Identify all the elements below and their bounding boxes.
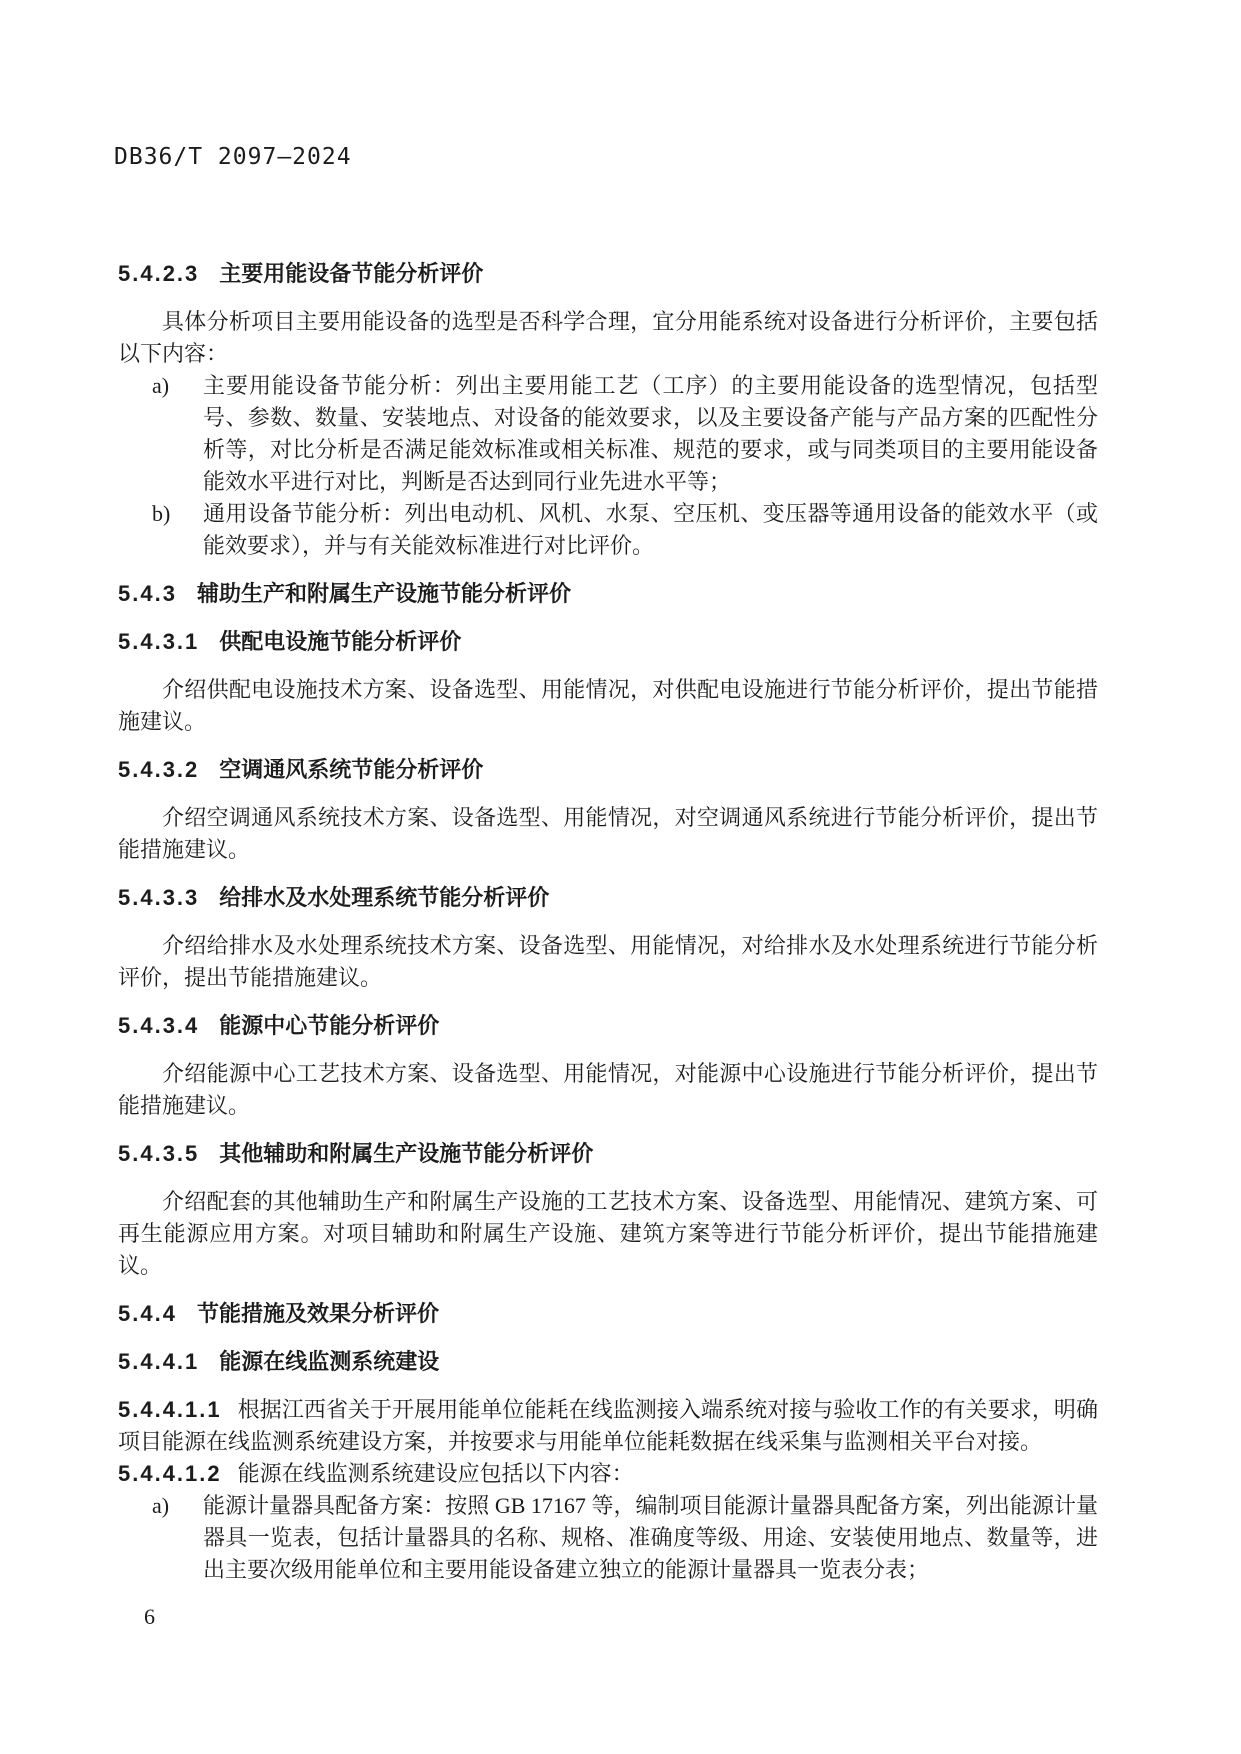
section-title: 辅助生产和附属生产设施节能分析评价	[197, 581, 571, 606]
section-number: 5.4.2.3	[118, 261, 199, 286]
paragraph: 介绍供配电设施技术方案、设备选型、用能情况，对供配电设施进行节能分析评价，提出节…	[118, 674, 1098, 738]
section-title: 能源在线监测系统建设	[219, 1349, 439, 1374]
section-title: 空调通风系统节能分析评价	[219, 757, 483, 782]
section-number: 5.4.4.1	[118, 1349, 199, 1374]
section-number: 5.4.3.5	[118, 1141, 199, 1166]
section-number: 5.4.4	[118, 1301, 177, 1326]
list-item-marker: b)	[152, 498, 203, 530]
page-number: 6	[144, 1604, 155, 1630]
paragraph: 介绍空调通风系统技术方案、设备选型、用能情况，对空调通风系统进行节能分析评价，提…	[118, 802, 1098, 866]
clause-number: 5.4.4.1.2	[118, 1461, 222, 1486]
list-item: a)能源计量器具配备方案：按照 GB 17167 等，编制项目能源计量器具配备方…	[118, 1490, 1098, 1586]
section-number: 5.4.3.4	[118, 1013, 199, 1038]
list-item-text: 主要用能设备节能分析：列出主要用能工艺（工序）的主要用能设备的选型情况，包括型号…	[203, 370, 1098, 498]
section-title: 供配电设施节能分析评价	[219, 629, 461, 654]
section-heading: 5.4.4节能措施及效果分析评价	[118, 1298, 1098, 1330]
section-heading: 5.4.4.1能源在线监测系统建设	[118, 1346, 1098, 1378]
section-heading: 5.4.3.4能源中心节能分析评价	[118, 1010, 1098, 1042]
section-heading: 5.4.3.2空调通风系统节能分析评价	[118, 754, 1098, 786]
list-item-text: 通用设备节能分析：列出电动机、风机、水泵、空压机、变压器等通用设备的能效水平（或…	[203, 498, 1098, 562]
section-number: 5.4.3.3	[118, 885, 199, 910]
list-item-marker: a)	[152, 370, 203, 402]
clause-paragraph: 5.4.4.1.2能源在线监测系统建设应包括以下内容：	[118, 1458, 1098, 1490]
section-number: 5.4.3.1	[118, 629, 199, 654]
section-heading: 5.4.2.3主要用能设备节能分析评价	[118, 258, 1098, 290]
paragraph: 具体分析项目主要用能设备的选型是否科学合理，宜分用能系统对设备进行分析评价，主要…	[118, 306, 1098, 370]
section-title: 主要用能设备节能分析评价	[219, 261, 483, 286]
section-title: 节能措施及效果分析评价	[197, 1301, 439, 1326]
clause-paragraph: 5.4.4.1.1根据江西省关于开展用能单位能耗在线监测接入端系统对接与验收工作…	[118, 1394, 1098, 1458]
section-number: 5.4.3.2	[118, 757, 199, 782]
section-title: 能源中心节能分析评价	[219, 1013, 439, 1038]
clause-text: 根据江西省关于开展用能单位能耗在线监测接入端系统对接与验收工作的有关要求，明确项…	[118, 1397, 1098, 1454]
section-title: 给排水及水处理系统节能分析评价	[219, 885, 549, 910]
paragraph: 介绍能源中心工艺技术方案、设备选型、用能情况，对能源中心设施进行节能分析评价，提…	[118, 1058, 1098, 1122]
list-item-text: 能源计量器具配备方案：按照 GB 17167 等，编制项目能源计量器具配备方案，…	[203, 1490, 1098, 1586]
section-heading: 5.4.3.5其他辅助和附属生产设施节能分析评价	[118, 1138, 1098, 1170]
section-heading: 5.4.3.1供配电设施节能分析评价	[118, 626, 1098, 658]
document-page: DB36/T 2097—2024 5.4.2.3主要用能设备节能分析评价具体分析…	[0, 0, 1241, 1754]
clause-text: 能源在线监测系统建设应包括以下内容：	[238, 1461, 634, 1486]
paragraph: 介绍给排水及水处理系统技术方案、设备选型、用能情况，对给排水及水处理系统进行节能…	[118, 930, 1098, 994]
paragraph: 介绍配套的其他辅助生产和附属生产设施的工艺技术方案、设备选型、用能情况、建筑方案…	[118, 1186, 1098, 1282]
section-heading: 5.4.3辅助生产和附属生产设施节能分析评价	[118, 578, 1098, 610]
section-heading: 5.4.3.3给排水及水处理系统节能分析评价	[118, 882, 1098, 914]
section-number: 5.4.3	[118, 581, 177, 606]
list-item: b)通用设备节能分析：列出电动机、风机、水泵、空压机、变压器等通用设备的能效水平…	[118, 498, 1098, 562]
section-title: 其他辅助和附属生产设施节能分析评价	[219, 1141, 593, 1166]
clause-number: 5.4.4.1.1	[118, 1397, 222, 1422]
list-item: a)主要用能设备节能分析：列出主要用能工艺（工序）的主要用能设备的选型情况，包括…	[118, 370, 1098, 498]
document-content: 5.4.2.3主要用能设备节能分析评价具体分析项目主要用能设备的选型是否科学合理…	[118, 0, 1098, 1586]
list-item-marker: a)	[152, 1490, 203, 1522]
